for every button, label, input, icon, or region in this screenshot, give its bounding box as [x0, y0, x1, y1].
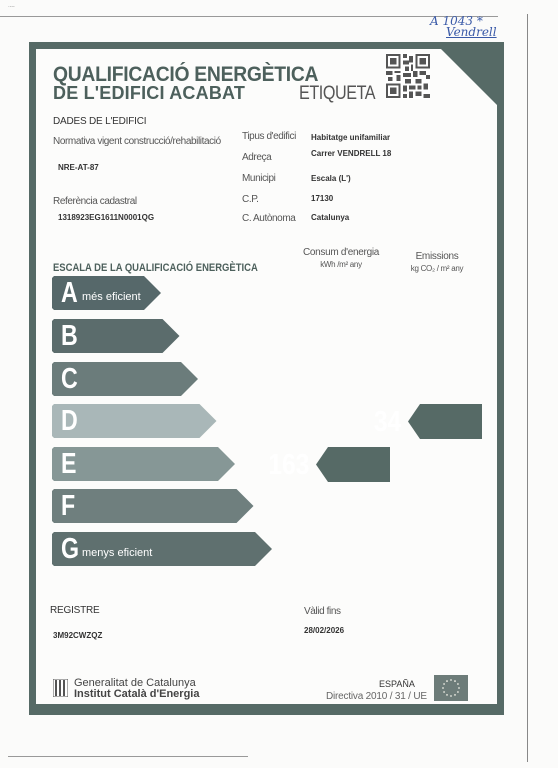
- building-data-heading: DADES DE L'EDIFICI: [53, 116, 146, 127]
- rating-letter: A: [61, 277, 78, 310]
- rating-letter: C: [61, 363, 78, 396]
- building-type-label: Tipus d'edifici: [242, 131, 296, 142]
- rating-letter: D: [61, 405, 78, 438]
- cadastral-label: Referència cadastral: [53, 196, 137, 207]
- emissions-title: Emissions: [416, 251, 459, 262]
- handwritten-note: A 1043 * Vendrell: [430, 16, 497, 38]
- qr-code-icon[interactable]: [386, 53, 430, 99]
- consumption-value: 163: [268, 449, 309, 482]
- building-type-value: Habitatge unifamiliar: [311, 133, 390, 142]
- rating-letter: E: [61, 448, 76, 481]
- consumption-unit: kWh /m² any: [301, 259, 381, 271]
- region-value: Catalunya: [311, 213, 349, 222]
- handwritten-line-2: Vendrell: [430, 27, 497, 38]
- page-right-rule: [527, 14, 528, 762]
- label-type: ETIQUETA: [299, 83, 375, 105]
- address-value: Carrer VENDRELL 18: [311, 149, 391, 158]
- corner-triangle: [440, 48, 498, 106]
- region-label: C. Autònoma: [242, 213, 295, 224]
- registry-label: REGISTRE: [50, 605, 100, 616]
- municipality-label: Municipi: [242, 173, 275, 184]
- catalan-emblem-icon: [53, 679, 68, 697]
- rating-caption: menys eficient: [82, 547, 152, 559]
- rating-letter: B: [61, 320, 78, 353]
- label-subtitle: DE L'EDIFICI ACABAT: [53, 83, 245, 104]
- valid-until-value: 28/02/2026: [304, 626, 344, 635]
- energy-label: QUALIFICACIÓ ENERGÈTICA DE L'EDIFICI ACA…: [29, 42, 504, 715]
- rating-caption: més eficient: [82, 291, 141, 303]
- postal-code-value: 17130: [311, 194, 333, 203]
- page-top-rule: [0, 16, 498, 17]
- directive-label: Directiva 2010 / 31 / UE: [326, 691, 427, 702]
- rating-letter: F: [61, 490, 75, 523]
- scan-mark: ·---: [8, 4, 15, 10]
- country-label: ESPAÑA: [379, 679, 415, 689]
- consumption-title: Consum d'energia: [303, 247, 379, 258]
- valid-until-label: Vàlid fins: [304, 606, 341, 617]
- cadastral-value: 1318923EG1611N0001QG: [58, 213, 154, 222]
- municipality-value: Escala (L'): [311, 174, 351, 183]
- scale-heading: ESCALA DE LA QUALIFICACIÓ ENERGÈTICA: [53, 262, 258, 274]
- address-label: Adreça: [242, 152, 271, 163]
- emissions-header: Emissions kg CO₂ / m² any: [397, 251, 477, 275]
- emissions-value: 34: [374, 406, 401, 439]
- rating-letter: G: [61, 533, 79, 566]
- institute-name: Institut Català d'Energia: [74, 688, 199, 700]
- regulation-value: NRE-AT-87: [58, 163, 99, 172]
- eu-flag-icon: [434, 675, 468, 701]
- regulation-label: Normativa vigent construcció/rehabilitac…: [53, 136, 221, 147]
- page-bottom-rule: [8, 756, 248, 757]
- emissions-unit: kg CO₂ / m² any: [397, 263, 477, 275]
- registry-value: 3M92CWZQZ: [53, 631, 102, 640]
- postal-code-label: C.P.: [242, 194, 259, 205]
- consumption-header: Consum d'energia kWh /m² any: [301, 247, 381, 271]
